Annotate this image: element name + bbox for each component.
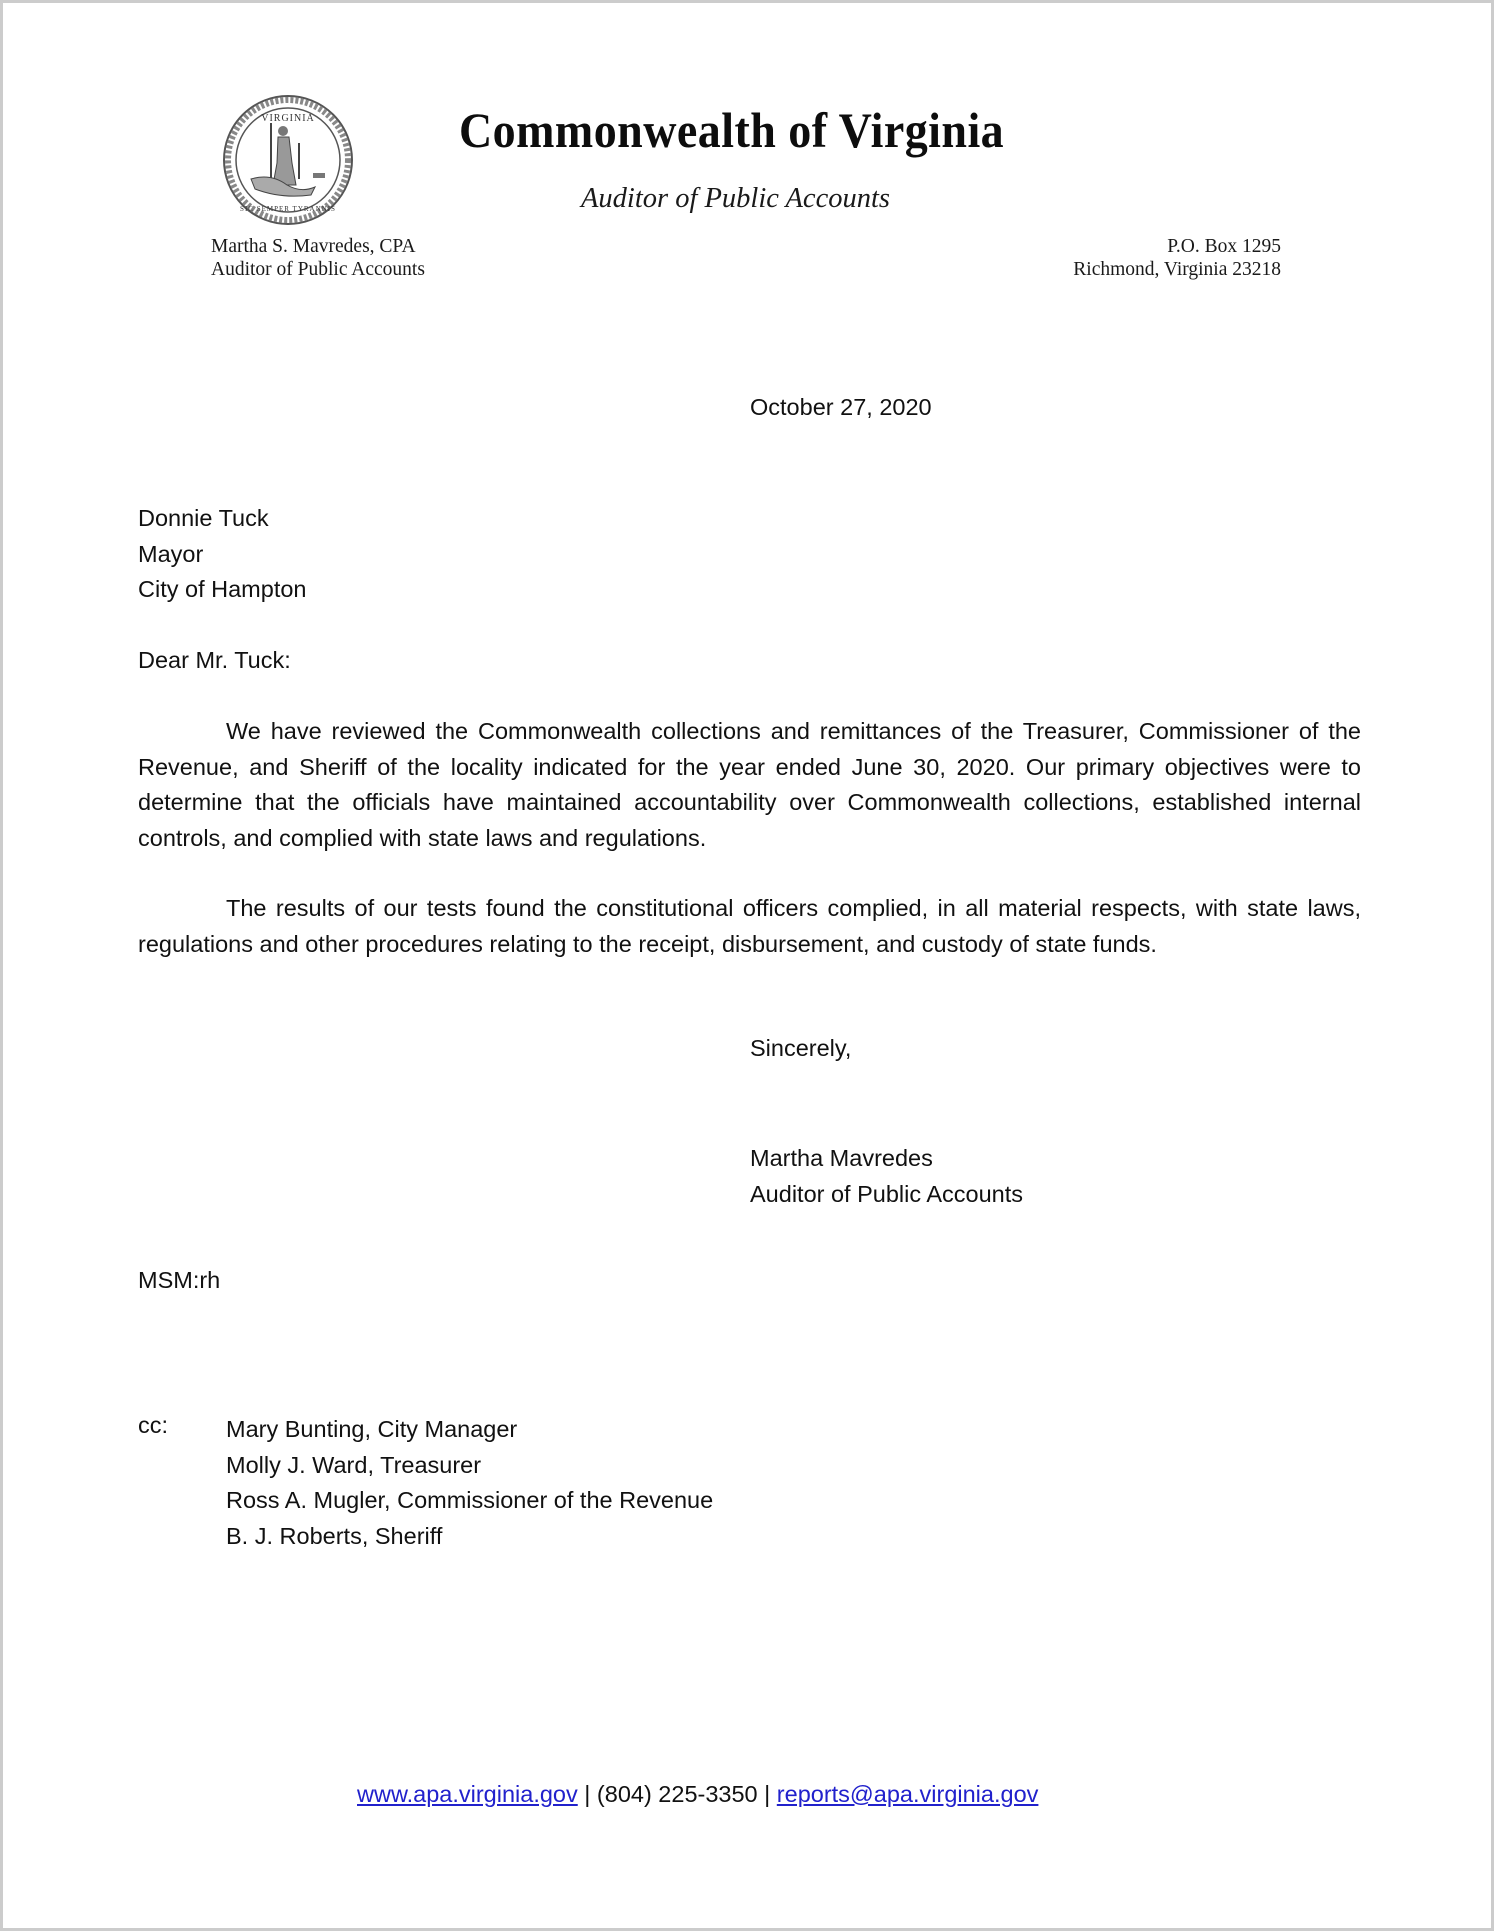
website-link[interactable]: www.apa.virginia.gov [357, 1781, 578, 1807]
cc-label: cc: [138, 1412, 168, 1439]
cc-item: Molly J. Ward, Treasurer [226, 1448, 713, 1484]
letter-page: VIRGINIA SIC SEMPER TYRANNIS Commonwealt… [0, 0, 1494, 1931]
footer-separator: | [758, 1781, 777, 1807]
auditor-name: Martha S. Mavredes, CPA [211, 235, 425, 258]
svg-text:VIRGINIA: VIRGINIA [261, 113, 315, 124]
po-box: P.O. Box 1295 [1073, 235, 1281, 258]
recipient-name: Donnie Tuck [138, 501, 306, 537]
recipient-locality: City of Hampton [138, 572, 306, 608]
recipient-address: Donnie Tuck Mayor City of Hampton [138, 501, 306, 608]
footer-contact: www.apa.virginia.gov | (804) 225-3350 | … [357, 1781, 1038, 1808]
email-link[interactable]: reports@apa.virginia.gov [777, 1781, 1039, 1807]
body-paragraph-1: We have reviewed the Commonwealth collec… [138, 714, 1361, 856]
mailing-address-block: P.O. Box 1295 Richmond, Virginia 23218 [1073, 235, 1281, 281]
letter-date: October 27, 2020 [750, 394, 932, 421]
cc-item: Mary Bunting, City Manager [226, 1412, 713, 1448]
body-paragraph-2: The results of our tests found the const… [138, 891, 1361, 962]
recipient-title: Mayor [138, 537, 306, 573]
virginia-state-seal-icon: VIRGINIA SIC SEMPER TYRANNIS [221, 93, 355, 227]
cc-list: Mary Bunting, City Manager Molly J. Ward… [226, 1412, 713, 1554]
footer-separator: | [578, 1781, 597, 1807]
svg-text:SIC SEMPER TYRANNIS: SIC SEMPER TYRANNIS [240, 205, 336, 213]
signer-title: Auditor of Public Accounts [750, 1177, 1023, 1213]
city-state-zip: Richmond, Virginia 23218 [1073, 258, 1281, 281]
auditor-name-block: Martha S. Mavredes, CPA Auditor of Publi… [211, 235, 425, 281]
auditor-title: Auditor of Public Accounts [211, 258, 425, 281]
reference-initials: MSM:rh [138, 1267, 220, 1294]
salutation: Dear Mr. Tuck: [138, 643, 291, 679]
closing: Sincerely, [750, 1035, 851, 1062]
signature-block: Martha Mavredes Auditor of Public Accoun… [750, 1141, 1023, 1212]
cc-item: B. J. Roberts, Sheriff [226, 1519, 713, 1555]
signer-name: Martha Mavredes [750, 1141, 1023, 1177]
letterhead-title: Commonwealth of Virginia [459, 101, 1004, 159]
cc-item: Ross A. Mugler, Commissioner of the Reve… [226, 1483, 713, 1519]
letterhead-subtitle: Auditor of Public Accounts [581, 183, 890, 215]
phone-number: (804) 225-3350 [597, 1781, 758, 1807]
